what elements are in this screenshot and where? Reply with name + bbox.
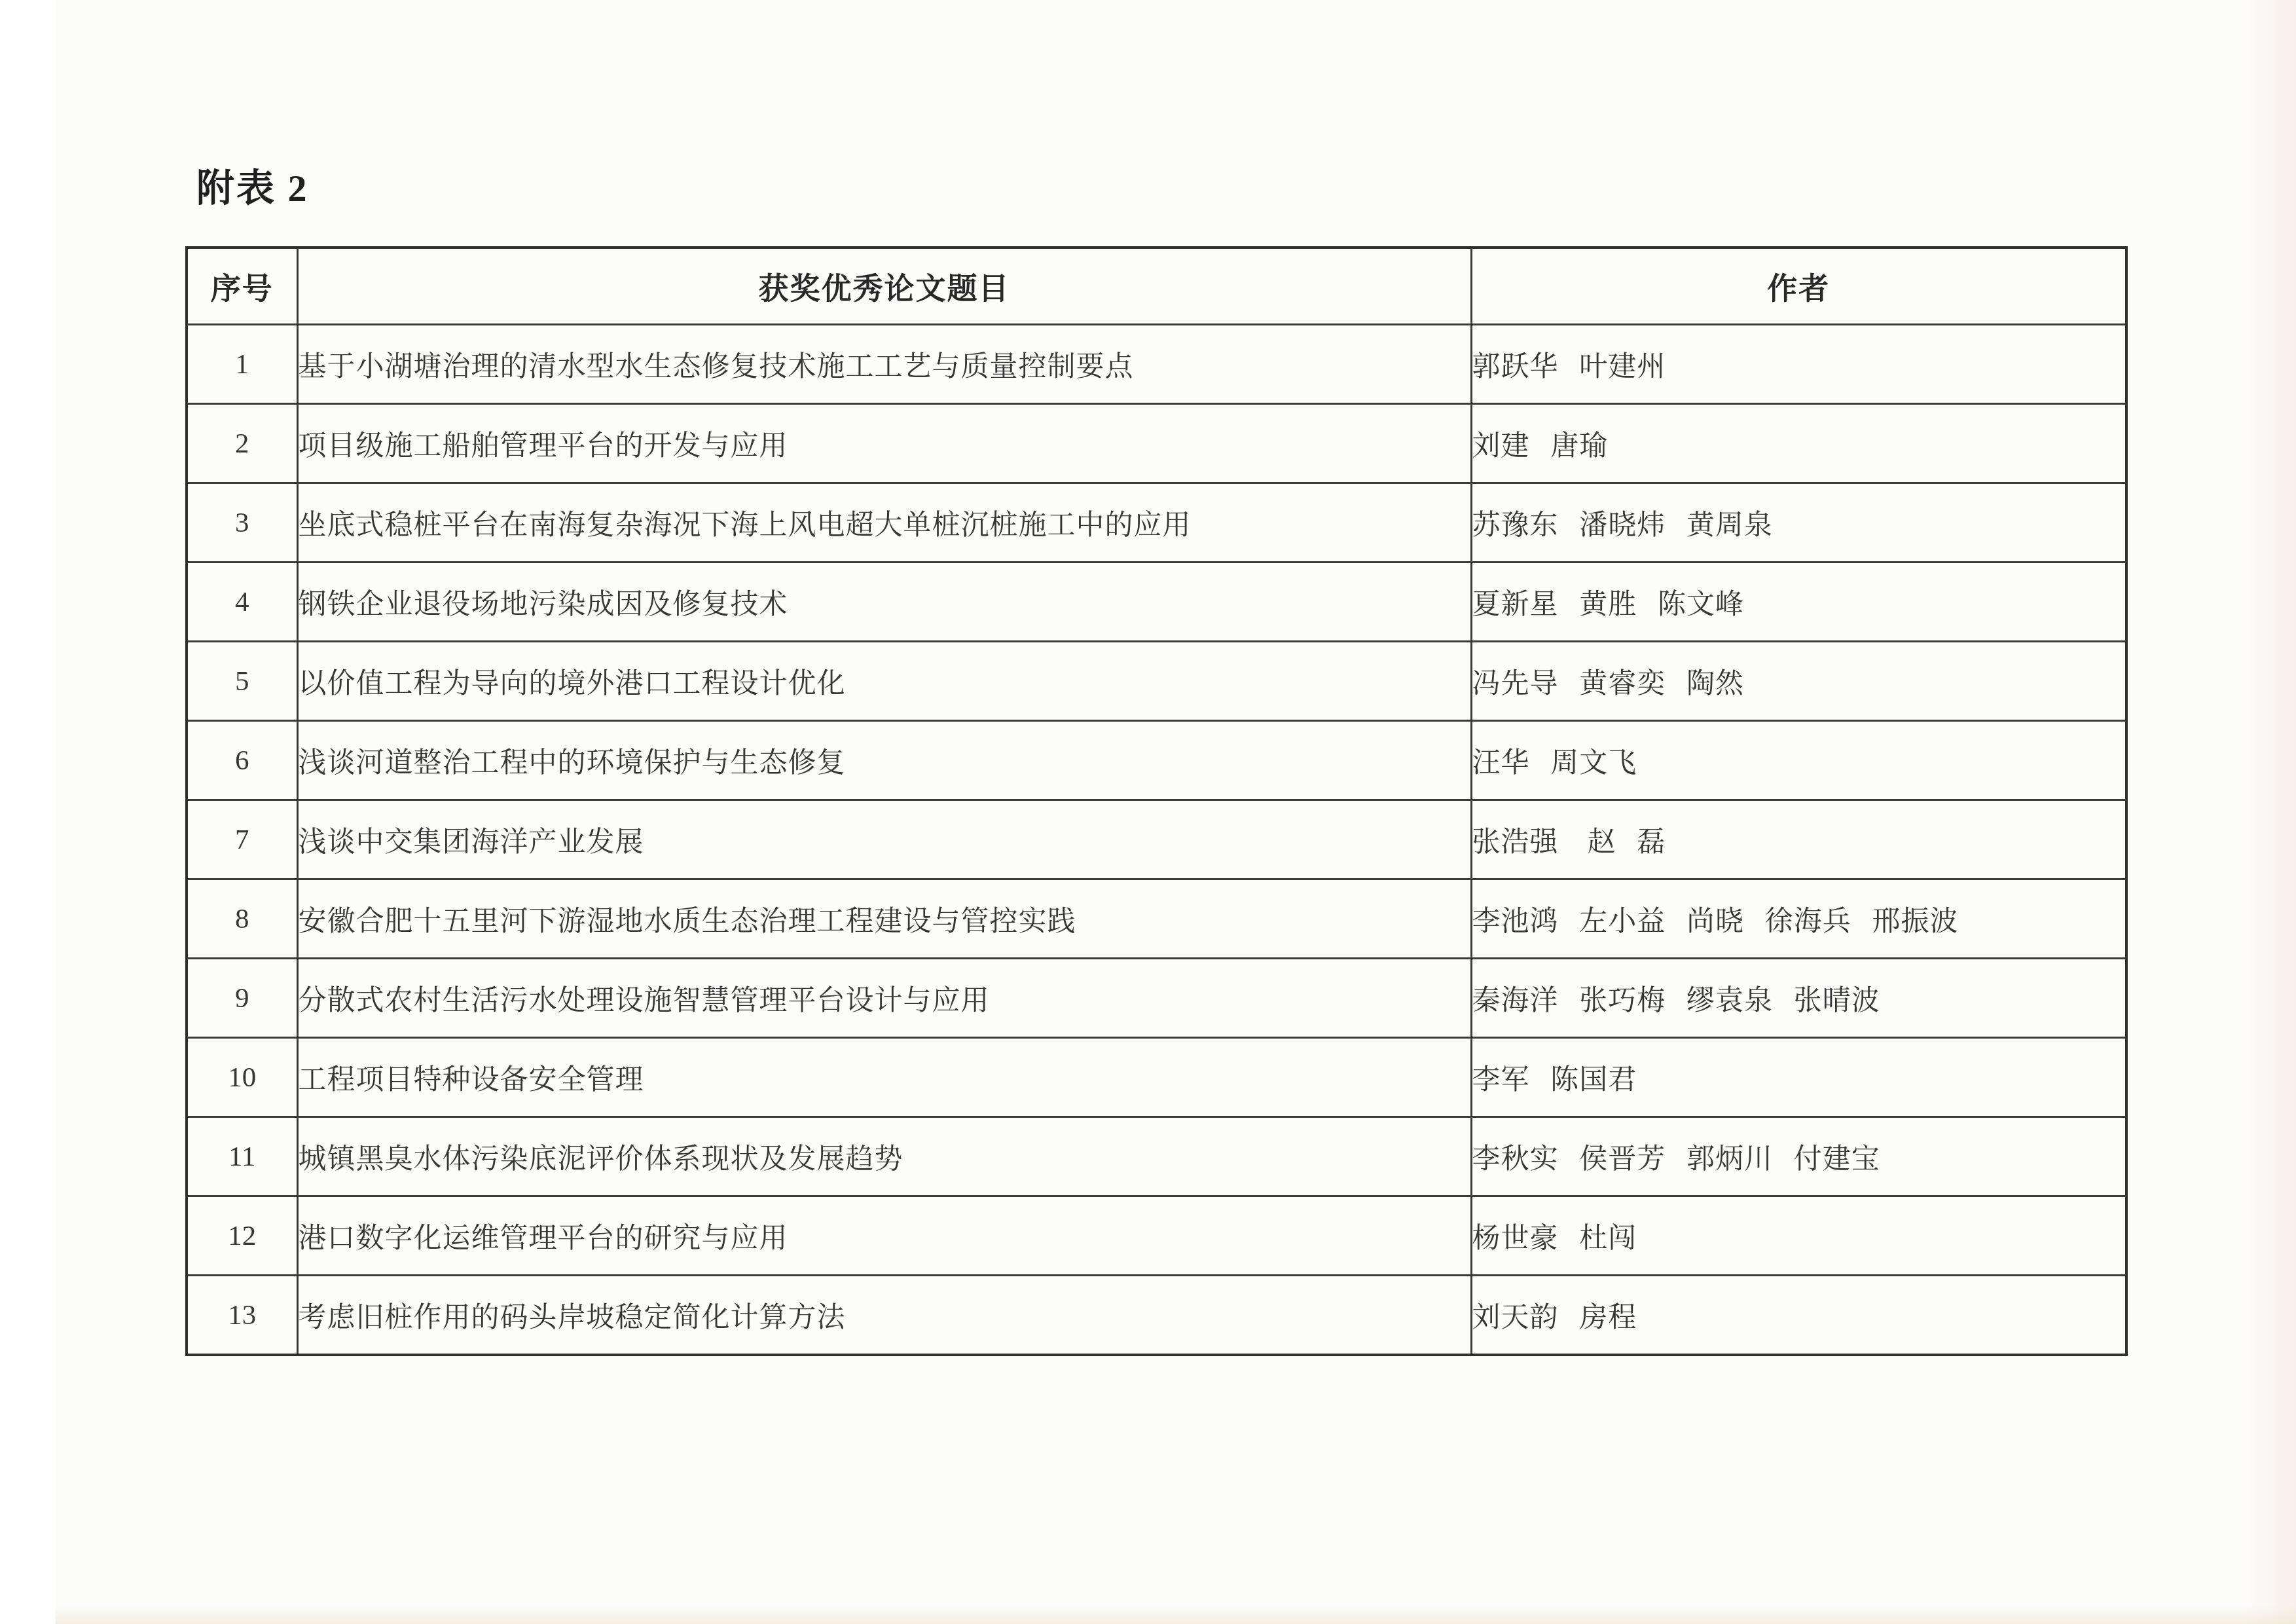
row-number: 5: [187, 642, 297, 721]
scan-edge-right: [2244, 0, 2296, 1624]
header-cell-title: 获奖优秀论文题目: [297, 248, 1471, 325]
paper-title: 项目级施工船舶管理平台的开发与应用: [297, 404, 1471, 483]
row-number: 3: [187, 483, 297, 563]
paper-authors: 张浩强 赵 磊: [1471, 800, 2126, 879]
paper-authors: 李池鸿 左小益 尚晓 徐海兵 邢振波: [1471, 879, 2126, 959]
paper-authors: 秦海洋 张巧梅 缪袁泉 张晴波: [1471, 959, 2126, 1038]
table-row: 7 浅谈中交集团海洋产业发展 张浩强 赵 磊: [187, 800, 2126, 879]
awarded-papers-table: 序号 获奖优秀论文题目 作者 1 基于小湖塘治理的清水型水生态修复技术施工工艺与…: [185, 246, 2128, 1356]
paper-title: 浅谈河道整治工程中的环境保护与生态修复: [297, 721, 1471, 800]
paper-authors: 李秋实 侯晋芳 郭炳川 付建宝: [1471, 1117, 2126, 1196]
row-number: 4: [187, 563, 297, 642]
paper-authors: 李军 陈国君: [1471, 1038, 2126, 1117]
paper-authors: 郭跃华 叶建州: [1471, 325, 2126, 404]
paper-title: 坐底式稳桩平台在南海复杂海况下海上风电超大单桩沉桩施工中的应用: [297, 483, 1471, 563]
paper-authors: 杨世豪 杜闯: [1471, 1196, 2126, 1276]
table-header-row: 序号 获奖优秀论文题目 作者: [187, 248, 2126, 325]
paper-title: 浅谈中交集团海洋产业发展: [297, 800, 1471, 879]
table-row: 13 考虑旧桩作用的码头岸坡稳定简化计算方法 刘天韵 房程: [187, 1276, 2126, 1356]
table-row: 12 港口数字化运维管理平台的研究与应用 杨世豪 杜闯: [187, 1196, 2126, 1276]
scanned-document-page: 附表 2 序号 获奖优秀论文题目 作者 1 基于小湖塘治理的清水型水生态修复技术…: [0, 0, 2296, 1624]
paper-authors: 夏新星 黄胜 陈文峰: [1471, 563, 2126, 642]
paper-title: 安徽合肥十五里河下游湿地水质生态治理工程建设与管控实践: [297, 879, 1471, 959]
row-number: 8: [187, 879, 297, 959]
row-number: 13: [187, 1276, 297, 1356]
page-title: 附表 2: [196, 157, 309, 212]
row-number: 12: [187, 1196, 297, 1276]
paper-authors: 刘建 唐瑜: [1471, 404, 2126, 483]
paper-title: 钢铁企业退役场地污染成因及修复技术: [297, 563, 1471, 642]
paper-title: 考虑旧桩作用的码头岸坡稳定简化计算方法: [297, 1276, 1471, 1356]
row-number: 11: [187, 1117, 297, 1196]
header-cell-no: 序号: [187, 248, 297, 325]
table-row: 10 工程项目特种设备安全管理 李军 陈国君: [187, 1038, 2126, 1117]
row-number: 9: [187, 959, 297, 1038]
header-cell-authors: 作者: [1471, 248, 2126, 325]
row-number: 10: [187, 1038, 297, 1117]
paper-title: 港口数字化运维管理平台的研究与应用: [297, 1196, 1471, 1276]
table-row: 8 安徽合肥十五里河下游湿地水质生态治理工程建设与管控实践 李池鸿 左小益 尚晓…: [187, 879, 2126, 959]
table-row: 3 坐底式稳桩平台在南海复杂海况下海上风电超大单桩沉桩施工中的应用 苏豫东 潘晓…: [187, 483, 2126, 563]
paper-title: 分散式农村生活污水处理设施智慧管理平台设计与应用: [297, 959, 1471, 1038]
table-row: 2 项目级施工船舶管理平台的开发与应用 刘建 唐瑜: [187, 404, 2126, 483]
scan-edge-bottom: [56, 1606, 2296, 1624]
paper-authors: 汪华 周文飞: [1471, 721, 2126, 800]
row-number: 6: [187, 721, 297, 800]
paper-title: 工程项目特种设备安全管理: [297, 1038, 1471, 1117]
paper-title: 以价值工程为导向的境外港口工程设计优化: [297, 642, 1471, 721]
row-number: 7: [187, 800, 297, 879]
table-row: 11 城镇黑臭水体污染底泥评价体系现状及发展趋势 李秋实 侯晋芳 郭炳川 付建宝: [187, 1117, 2126, 1196]
table-row: 6 浅谈河道整治工程中的环境保护与生态修复 汪华 周文飞: [187, 721, 2126, 800]
scan-edge-left: [0, 0, 56, 1624]
table-row: 4 钢铁企业退役场地污染成因及修复技术 夏新星 黄胜 陈文峰: [187, 563, 2126, 642]
table-row: 5 以价值工程为导向的境外港口工程设计优化 冯先导 黄睿奕 陶然: [187, 642, 2126, 721]
row-number: 2: [187, 404, 297, 483]
paper-title: 基于小湖塘治理的清水型水生态修复技术施工工艺与质量控制要点: [297, 325, 1471, 404]
paper-authors: 刘天韵 房程: [1471, 1276, 2126, 1356]
paper-title: 城镇黑臭水体污染底泥评价体系现状及发展趋势: [297, 1117, 1471, 1196]
paper-authors: 苏豫东 潘晓炜 黄周泉: [1471, 483, 2126, 563]
table-row: 1 基于小湖塘治理的清水型水生态修复技术施工工艺与质量控制要点 郭跃华 叶建州: [187, 325, 2126, 404]
paper-authors: 冯先导 黄睿奕 陶然: [1471, 642, 2126, 721]
row-number: 1: [187, 325, 297, 404]
table-row: 9 分散式农村生活污水处理设施智慧管理平台设计与应用 秦海洋 张巧梅 缪袁泉 张…: [187, 959, 2126, 1038]
